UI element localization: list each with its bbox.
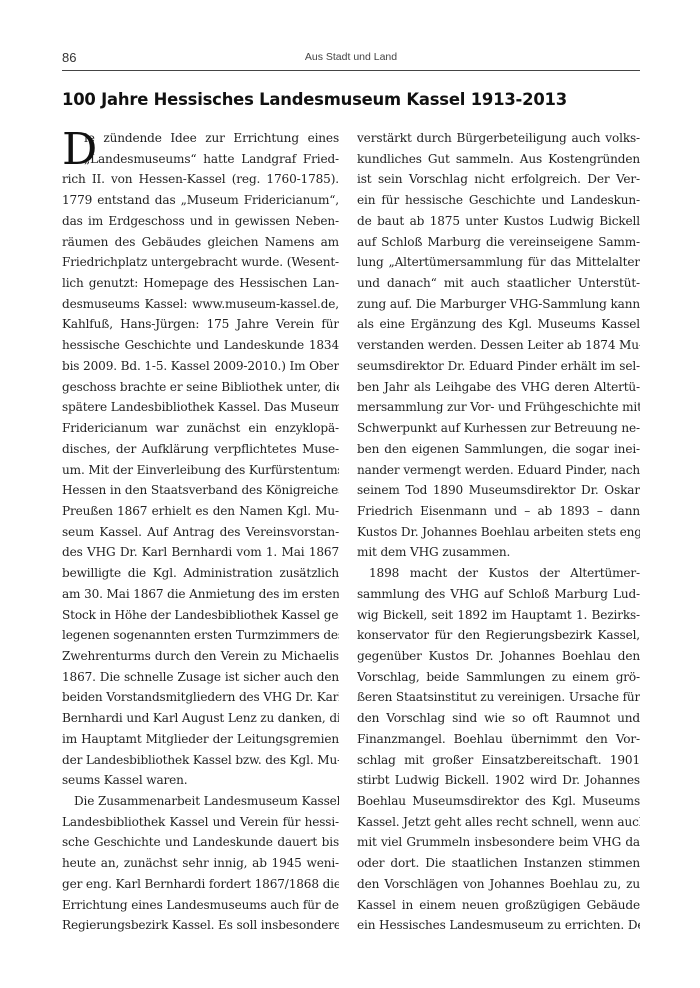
text-line: Finanzmangel. Boehlau übernimmt den Vor- [357,729,640,750]
text-line: spätere Landesbibliothek Kassel. Das Mus… [62,397,339,418]
text-line: Regierungsbezirk Kassel. Es soll insbeso… [62,915,339,936]
text-line: de baut ab 1875 unter Kustos Ludwig Bick… [357,211,640,232]
page-header: 86 Aus Stadt und Land [62,48,640,71]
text-line: Kahlfuß, Hans-Jürgen: 175 Jahre Verein f… [62,314,339,335]
text-line: seumsdirektor Dr. Eduard Pinder erhält i… [357,356,640,377]
text-line: Kassel in einem neuen großzügigen Gebäud… [357,895,640,916]
text-line: Bernhardi und Karl August Lenz zu danken… [62,708,339,729]
text-line: sche Geschichte und Landeskunde dauert b… [62,832,339,853]
text-line: bis 2009. Bd. 1-5. Kassel 2009-2010.) Im… [62,356,339,377]
text-line: 1867. Die schnelle Zusage ist sicher auc… [62,667,339,688]
text-line: 1779 entstand das „Museum Fridericianum“… [62,190,339,211]
text-line: ben den eigenen Sammlungen, die sogar in… [357,439,640,460]
text-line: „Landesmuseums“ hatte Landgraf Fried- [62,149,339,170]
text-line: Kassel. Jetzt geht alles recht schnell, … [357,812,640,833]
text-line: mersammlung zur Vor- und Frühgeschichte … [357,397,640,418]
text-line: ein Hessisches Landesmuseum zu errichten… [357,915,640,936]
text-line: beiden Vorstandsmitgliedern des VHG Dr. … [62,687,339,708]
text-line: Preußen 1867 erhielt es den Namen Kgl. M… [62,501,339,522]
text-line: ben Jahr als Leihgabe des VHG deren Alte… [357,377,640,398]
text-line: ie zündende Idee zur Errichtung eines [62,128,339,149]
text-line: stirbt Ludwig Bickell. 1902 wird Dr. Joh… [357,770,640,791]
text-line: Fridericianum war zunächst ein enzyklopä… [62,418,339,439]
text-line: Landesbibliothek Kassel und Verein für h… [62,812,339,833]
text-line: heute an, zunächst sehr innig, ab 1945 w… [62,853,339,874]
text-line: nander vermengt werden. Eduard Pinder, n… [357,460,640,481]
text-line: Zwehrenturms durch den Verein zu Michael… [62,646,339,667]
drop-cap: D [62,131,97,169]
text-line: gegenüber Kustos Dr. Johannes Boehlau de… [357,646,640,667]
running-head: Aus Stadt und Land [62,51,640,63]
right-column: verstärkt durch Bürgerbeteiligung auch v… [357,128,640,936]
text-line: rich II. von Hessen-Kassel (reg. 1760-17… [62,169,339,190]
text-line: der Landesbibliothek Kassel bzw. des Kgl… [62,750,339,771]
text-line: seums Kassel waren. [62,770,339,791]
text-line: Stock in Höhe der Landesbibliothek Kasse… [62,605,339,626]
article-title: 100 Jahre Hessisches Landesmuseum Kassel… [62,90,567,109]
left-column: D ie zündende Idee zur Errichtung eines„… [62,128,339,936]
text-line: lich genutzt: Homepage des Hessischen La… [62,273,339,294]
text-line: den Vorschlägen von Johannes Boehlau zu,… [357,874,640,895]
text-line: schlag mit großer Einsatzbereitschaft. 1… [357,750,640,771]
text-line: desmuseums Kassel: www.museum-kassel.de, [62,294,339,315]
text-line: Kustos Dr. Johannes Boehlau arbeiten ste… [357,522,640,543]
text-line: hessische Geschichte und Landeskunde 183… [62,335,339,356]
text-line: das im Erdgeschoss und in gewissen Neben… [62,211,339,232]
text-line: kundliches Gut sammeln. Aus Kostengründe… [357,149,640,170]
text-line: bewilligte die Kgl. Administration zusät… [62,563,339,584]
text-line: Errichtung eines Landesmuseums auch für … [62,895,339,916]
text-line: verstanden werden. Dessen Leiter ab 1874… [357,335,640,356]
text-line: am 30. Mai 1867 die Anmietung des im ers… [62,584,339,605]
text-line: um. Mit der Einverleibung des Kurfürsten… [62,460,339,481]
text-line: Die Zusammenarbeit Landesmuseum Kassel, [62,791,339,812]
text-line: den Vorschlag sind wie so oft Raumnot un… [357,708,640,729]
text-line: verstärkt durch Bürgerbeteiligung auch v… [357,128,640,149]
text-line: ger eng. Karl Bernhardi fordert 1867/186… [62,874,339,895]
text-line: Hessen in den Staatsverband des Königrei… [62,480,339,501]
text-line: als eine Ergänzung des Kgl. Museums Kass… [357,314,640,335]
text-line: Schwerpunkt auf Kurhessen zur Betreuung … [357,418,640,439]
text-line: zung auf. Die Marburger VHG-Sammlung kan… [357,294,640,315]
text-line: und danach“ mit auch staatlicher Unterst… [357,273,640,294]
text-line: Boehlau Museumsdirektor des Kgl. Museums [357,791,640,812]
text-line: des VHG Dr. Karl Bernhardi vom 1. Mai 18… [62,542,339,563]
text-line: konservator für den Regierungsbezirk Kas… [357,625,640,646]
text-line: seinem Tod 1890 Museumsdirektor Dr. Oska… [357,480,640,501]
text-line: Friedrich Eisenmann und – ab 1893 – dann [357,501,640,522]
text-line: auf Schloß Marburg die vereinseigene Sam… [357,232,640,253]
text-line: lung „Altertümersammlung für das Mittela… [357,252,640,273]
text-line: legenen sogenannten ersten Turmzimmers d… [62,625,339,646]
text-line: wig Bickell, seit 1892 im Hauptamt 1. Be… [357,605,640,626]
text-line: ein für hessische Geschichte und Landesk… [357,190,640,211]
text-line: sammlung des VHG auf Schloß Marburg Lud- [357,584,640,605]
text-line: mit dem VHG zusammen. [357,542,640,563]
text-line: geschoss brachte er seine Bibliothek unt… [62,377,339,398]
text-line: ßeren Staatsinstitut zu vereinigen. Ursa… [357,687,640,708]
text-line: räumen des Gebäudes gleichen Namens am [62,232,339,253]
text-line: mit viel Grummeln insbesondere beim VHG … [357,832,640,853]
text-line: im Hauptamt Mitglieder der Leitungsgremi… [62,729,339,750]
text-line: seum Kassel. Auf Antrag des Vereinsvorst… [62,522,339,543]
text-line: 1898 macht der Kustos der Altertümer- [357,563,640,584]
text-line: Friedrichplatz untergebracht wurde. (Wes… [62,252,339,273]
text-line: oder dort. Die staatlichen Instanzen sti… [357,853,640,874]
text-line: ist sein Vorschlag nicht erfolgreich. De… [357,169,640,190]
text-line: disches, der Aufklärung verpflichtetes M… [62,439,339,460]
text-line: Vorschlag, beide Sammlungen zu einem grö… [357,667,640,688]
